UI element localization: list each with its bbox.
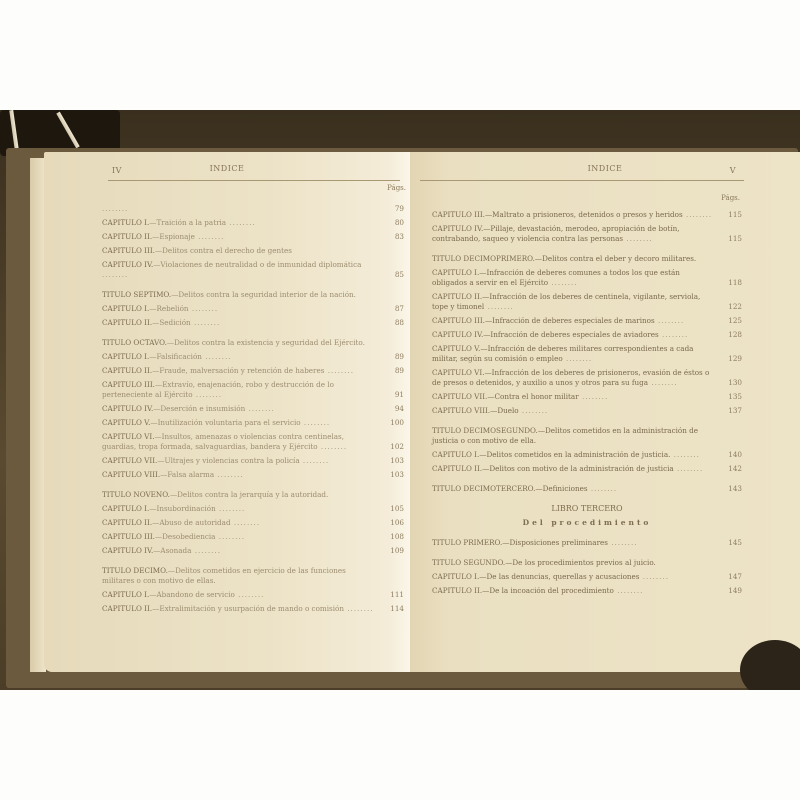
entry-title: —Delitos contra la seguridad interior de… (171, 290, 356, 299)
entry-page-number: 128 (718, 330, 742, 340)
toc-entry: TITULO PRIMERO.—Disposiciones preliminar… (432, 538, 742, 548)
entry-title: —Delitos cometidos en la administración … (479, 450, 670, 459)
entry-title: —Falsificación (149, 352, 202, 361)
toc-entry: TITULO DECIMOTERCERO.—Definiciones .....… (432, 484, 742, 494)
entry-title: —Inutilización voluntaria para el servic… (150, 418, 300, 427)
left-page-header: IV INDICE (44, 164, 410, 182)
entry-page-number: 118 (718, 278, 742, 288)
toc-entry: TITULO SEGUNDO.—De los procedimientos pr… (432, 558, 742, 568)
toc-entry: CAPITULO VII.—Contra el honor militar ..… (432, 392, 742, 402)
entry-page-number: 137 (718, 406, 742, 416)
entry-title: —Contra el honor militar (487, 392, 578, 401)
entry-heading: CAPITULO VIII. (432, 406, 490, 415)
toc-entry: CAPITULO II.—Infracción de los deberes d… (432, 292, 742, 312)
toc-entry: CAPITULO I.—Rebelión ........87 (102, 304, 404, 314)
entry-heading: CAPITULO IV. (432, 224, 483, 233)
toc-entry: TITULO NOVENO.—Delitos contra la jerarqu… (102, 490, 404, 500)
entry-page-number: 89 (380, 352, 404, 362)
header-title: INDICE (410, 164, 800, 173)
toc-entry: CAPITULO I.—De las denuncias, querellas … (432, 572, 742, 582)
entry-page-number: 129 (718, 354, 742, 364)
entry-page-number: 105 (380, 504, 404, 514)
toc-entry: TITULO OCTAVO.—Delitos contra la existen… (102, 338, 404, 348)
entry-heading: CAPITULO IV. (102, 404, 153, 413)
entry-heading: TITULO SEGUNDO. (432, 558, 505, 567)
entry-title: —Delitos contra la jerarquía y la autori… (170, 490, 328, 499)
entry-heading: TITULO DECIMOPRIMERO. (432, 254, 535, 263)
entry-heading: CAPITULO IV. (102, 260, 153, 269)
toc-entry: CAPITULO II.—Extralimitación y usurpació… (102, 604, 404, 614)
entry-title: —Delitos contra el deber y decoro milita… (535, 254, 696, 263)
entry-heading: CAPITULO II. (102, 604, 152, 613)
entry-page-number: 149 (718, 586, 742, 596)
toc-entry: CAPITULO III.—Desobediencia ........108 (102, 532, 404, 542)
entry-heading: CAPITULO IV. (432, 330, 483, 339)
entry-page-number: 100 (380, 418, 404, 428)
entry-page-number: 87 (380, 304, 404, 314)
toc-entry: CAPITULO III.—Delitos contra el derecho … (102, 246, 404, 256)
entry-title: —Duelo (490, 406, 518, 415)
entry-page-number: 143 (718, 484, 742, 494)
entry-page-number: 130 (718, 378, 742, 388)
entry-heading: CAPITULO V. (102, 418, 150, 427)
entry-title: —Delitos contra la existencia y segurida… (167, 338, 365, 347)
toc-entry: CAPITULO VI.—Infracción de los deberes d… (432, 368, 742, 388)
toc-entry: CAPITULO II.—Delitos con motivo de la ad… (432, 464, 742, 474)
entry-heading: CAPITULO I. (432, 450, 479, 459)
toc-entry: CAPITULO I.—Infracción de deberes comune… (432, 268, 742, 288)
entry-page-number: 91 (380, 390, 404, 400)
entry-title: —Ultrajes y violencias contra la policía (157, 456, 299, 465)
toc-entry: TITULO DECIMO.—Delitos cometidos en ejer… (102, 566, 404, 586)
toc-entry: CAPITULO I.—Insubordinación ........105 (102, 504, 404, 514)
entry-page-number: 115 (718, 210, 742, 220)
entry-title: —Falsa alarma (160, 470, 214, 479)
toc-entry: CAPITULO V.—Inutilización voluntaria par… (102, 418, 404, 428)
entry-heading: CAPITULO I. (102, 218, 149, 227)
toc-entry: CAPITULO V.—Infracción de deberes milita… (432, 344, 742, 364)
entry-heading: CAPITULO VII. (432, 392, 487, 401)
pags-label: Págs. (721, 194, 740, 202)
entry-title: —Delitos contra el derecho de gentes (155, 246, 292, 255)
toc-entry: CAPITULO IV.—Violaciones de neutralidad … (102, 260, 404, 280)
toc-entry: CAPITULO II.—Sedición ........88 (102, 318, 404, 328)
libro-subtitle: Del procedimiento (432, 518, 742, 528)
right-page-header: INDICE V (410, 164, 800, 182)
toc-entry: TITULO DECIMOPRIMERO.—Delitos contra el … (432, 254, 742, 264)
toc-entry: CAPITULO III.—Extravío, enajenación, rob… (102, 380, 404, 400)
toc-list: CAPITULO III.—Maltrato a prisioneros, de… (432, 210, 742, 600)
toc-entry: CAPITULO II.—Abuso de autoridad ........… (102, 518, 404, 528)
entry-title: —Definiciones (535, 484, 587, 493)
entry-heading: CAPITULO V. (432, 344, 480, 353)
entry-title: —Abuso de autoridad (152, 518, 230, 527)
toc-entry: CAPITULO I.—Delitos cometidos en la admi… (432, 450, 742, 460)
entry-title: —Desobediencia (155, 532, 215, 541)
entry-title: —Maltrato a prisioneros, detenidos o pre… (485, 210, 683, 219)
entry-heading: CAPITULO IV. (102, 546, 153, 555)
entry-title: —Insubordinación (149, 504, 215, 513)
entry-title: —De los procedimientos previos al juicio… (505, 558, 656, 567)
entry-page-number: 103 (380, 456, 404, 466)
entry-title: —De las denuncias, querellas y acusacion… (479, 572, 639, 581)
toc-entry: TITULO SEPTIMO.—Delitos contra la seguri… (102, 290, 404, 300)
toc-entry: CAPITULO IV.—Asonada ........109 (102, 546, 404, 556)
header-title: INDICE (44, 164, 410, 173)
toc-entry: CAPITULO VIII.—Falsa alarma ........103 (102, 470, 404, 480)
toc-entry: TITULO DECIMOSEGUNDO.—Delitos cometidos … (432, 426, 742, 446)
entry-page-number: 103 (380, 470, 404, 480)
toc-entry: CAPITULO I.—Abandono de servicio .......… (102, 590, 404, 600)
entry-page-number: 140 (718, 450, 742, 460)
entry-heading: CAPITULO III. (102, 532, 155, 541)
entry-title: —Extralimitación y usurpación de mando o… (152, 604, 344, 613)
entry-page-number: 102 (380, 442, 404, 452)
entry-title: —Delitos con motivo de la administración… (482, 464, 674, 473)
entry-heading: CAPITULO III. (102, 246, 155, 255)
toc-entry: CAPITULO VII.—Ultrajes y violencias cont… (102, 456, 404, 466)
entry-heading: CAPITULO I. (432, 572, 479, 581)
entry-heading: CAPITULO II. (432, 464, 482, 473)
entry-heading: CAPITULO VI. (432, 368, 484, 377)
right-page: INDICE V Págs. CAPITULO III.—Maltrato a … (410, 152, 800, 672)
toc-entry: CAPITULO II.—Espionaje ........83 (102, 232, 404, 242)
entry-heading: CAPITULO II. (102, 366, 152, 375)
entry-heading: CAPITULO II. (432, 292, 482, 301)
toc-entry: ........79 (102, 204, 404, 214)
toc-entry: CAPITULO II.—De la incoación del procedi… (432, 586, 742, 596)
entry-page-number: 115 (718, 234, 742, 244)
entry-heading: TITULO DECIMOSEGUNDO. (432, 426, 538, 435)
entry-heading: TITULO NOVENO. (102, 490, 170, 499)
libro-heading: LIBRO TERCERO (432, 504, 742, 514)
toc-entry: CAPITULO III.—Infracción de deberes espe… (432, 316, 742, 326)
entry-heading: TITULO DECIMO. (102, 566, 168, 575)
entry-title: —Disposiciones preliminares (502, 538, 608, 547)
toc-entry: CAPITULO III.—Maltrato a prisioneros, de… (432, 210, 742, 220)
toc-entry: CAPITULO I.—Falsificación ........89 (102, 352, 404, 362)
entry-page-number: 135 (718, 392, 742, 402)
toc-list: ........79CAPITULO I.—Traición a la patr… (102, 204, 404, 618)
toc-entry: CAPITULO IV.—Deserción e insumisión ....… (102, 404, 404, 414)
entry-page-number: 147 (718, 572, 742, 582)
entry-heading: CAPITULO VIII. (102, 470, 160, 479)
entry-title: —Sedición (152, 318, 191, 327)
entry-page-number: 145 (718, 538, 742, 548)
entry-title: —Espionaje (152, 232, 195, 241)
book-photo: IV INDICE Págs. ........79CAPITULO I.—Tr… (0, 110, 800, 690)
entry-heading: CAPITULO I. (432, 268, 479, 277)
entry-page-number: 88 (380, 318, 404, 328)
toc-entry: CAPITULO II.—Fraude, malversación y rete… (102, 366, 404, 376)
entry-page-number: 89 (380, 366, 404, 376)
entry-page-number: 108 (380, 532, 404, 542)
entry-heading: CAPITULO II. (102, 318, 152, 327)
entry-page-number: 85 (380, 270, 404, 280)
toc-entry: CAPITULO I.—Traición a la patria .......… (102, 218, 404, 228)
entry-title: —Infracción de deberes especiales de mar… (485, 316, 655, 325)
entry-heading: CAPITULO III. (432, 316, 485, 325)
entry-page-number: 106 (380, 518, 404, 528)
entry-page-number: 114 (380, 604, 404, 614)
entry-page-number: 125 (718, 316, 742, 326)
entry-title: —Traición a la patria (149, 218, 226, 227)
entry-heading: CAPITULO III. (102, 380, 155, 389)
entry-heading: CAPITULO II. (102, 232, 152, 241)
left-page: IV INDICE Págs. ........79CAPITULO I.—Tr… (44, 152, 410, 672)
entry-heading: CAPITULO VI. (102, 432, 154, 441)
entry-heading: TITULO DECIMOTERCERO. (432, 484, 535, 493)
entry-page-number: 122 (718, 302, 742, 312)
entry-title: —Infracción de deberes especiales de avi… (483, 330, 658, 339)
entry-title: —Deserción e insumisión (153, 404, 245, 413)
entry-heading: CAPITULO I. (102, 304, 149, 313)
entry-heading: CAPITULO I. (102, 504, 149, 513)
entry-page-number: 79 (380, 204, 404, 214)
entry-heading: TITULO OCTAVO. (102, 338, 167, 347)
entry-heading: TITULO SEPTIMO. (102, 290, 171, 299)
entry-page-number: 109 (380, 546, 404, 556)
entry-heading: CAPITULO II. (102, 518, 152, 527)
entry-title: —Rebelión (149, 304, 188, 313)
entry-page-number: 83 (380, 232, 404, 242)
entry-heading: TITULO PRIMERO. (432, 538, 502, 547)
entry-title: —Fraude, malversación y retención de hab… (152, 366, 324, 375)
entry-heading: CAPITULO I. (102, 590, 149, 599)
entry-heading: CAPITULO III. (432, 210, 485, 219)
toc-entry: CAPITULO IV.—Infracción de deberes espec… (432, 330, 742, 340)
toc-entry: CAPITULO IV.—Pillaje, devastación, merod… (432, 224, 742, 244)
entry-title: —Asonada (153, 546, 191, 555)
entry-page-number: 94 (380, 404, 404, 414)
toc-entry: CAPITULO VIII.—Duelo ........137 (432, 406, 742, 416)
entry-page-number: 142 (718, 464, 742, 474)
entry-title: —De la incoación del procedimiento (482, 586, 614, 595)
pags-label: Págs. (387, 184, 406, 192)
entry-page-number: 80 (380, 218, 404, 228)
entry-heading: CAPITULO VII. (102, 456, 157, 465)
entry-title: —Abandono de servicio (149, 590, 235, 599)
entry-title: —Violaciones de neutralidad o de inmunid… (153, 260, 361, 269)
page-number: V (730, 166, 736, 175)
entry-page-number: 111 (380, 590, 404, 600)
entry-heading: CAPITULO I. (102, 352, 149, 361)
entry-heading: CAPITULO II. (432, 586, 482, 595)
toc-entry: CAPITULO VI.—Insultos, amenazas o violen… (102, 432, 404, 452)
